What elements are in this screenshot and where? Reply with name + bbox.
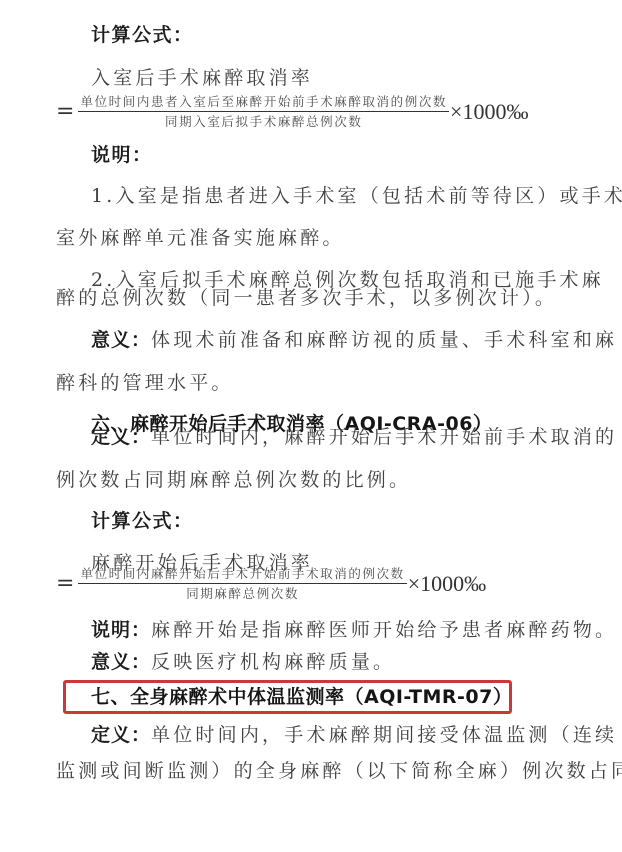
note-2-line-2: 醉的总例次数（同一患者多次手术，以多例次计）。 (56, 287, 557, 309)
formula-label: 计算公式： (91, 24, 194, 46)
section-6-definition-line-2: 例次数占同期麻醉总例次数的比例。 (56, 469, 411, 491)
formula-equation: = 单位时间内患者入室后至麻醉开始前手术麻醉取消的例次数 同期入室后拟手术麻醉总… (56, 94, 528, 129)
fraction-numerator: 单位时间内患者入室后至麻醉开始前手术麻醉取消的例次数 (78, 94, 449, 112)
section-6-formula-equation: = 单位时间内麻醉开始后手术开始前手术取消的例次数 同期麻醉总例次数 ×1000… (56, 566, 486, 601)
fraction: 单位时间内患者入室后至麻醉开始前手术麻醉取消的例次数 同期入室后拟手术麻醉总例次… (78, 94, 449, 129)
notes-label: 说明： (91, 144, 153, 166)
significance-text: 反映医疗机构麻醉质量。 (151, 651, 395, 673)
definition-text: 单位时间内，麻醉开始后手术开始前手术取消的 (151, 426, 617, 448)
significance-label: 意义： (91, 329, 151, 351)
equals-sign: = (56, 99, 74, 124)
section-7-definition-line-2: 监测或间断监测）的全身麻醉（以下简称全麻）例次数占同 (56, 760, 622, 782)
multiplier: ×1000‰ (408, 571, 486, 597)
notes-text: 麻醉开始是指麻醉医师开始给予患者麻醉药物。 (151, 619, 617, 641)
fraction-denominator: 同期入室后拟手术麻醉总例次数 (165, 112, 362, 129)
section-6-formula-label: 计算公式： (91, 510, 194, 532)
fraction-numerator: 单位时间内麻醉开始后手术开始前手术取消的例次数 (78, 566, 406, 584)
definition-label: 定义： (91, 724, 151, 746)
significance-paragraph: 意义：体现术前准备和麻醉访视的质量、手术科室和麻 (91, 329, 617, 351)
fraction: 单位时间内麻醉开始后手术开始前手术取消的例次数 同期麻醉总例次数 (78, 566, 406, 601)
formula-name: 入室后手术麻醉取消率 (91, 67, 313, 89)
fraction-denominator: 同期麻醉总例次数 (186, 584, 299, 601)
section-7-definition: 定义：单位时间内，手术麻醉期间接受体温监测（连续 (91, 724, 617, 746)
section-6-notes: 说明：麻醉开始是指麻醉医师开始给予患者麻醉药物。 (91, 619, 617, 641)
multiplier: ×1000‰ (450, 99, 528, 125)
note-1-line-1: 1.入室是指患者进入手术室（包括术前等待区）或手术 (91, 185, 622, 207)
notes-label: 说明： (91, 619, 151, 641)
significance-line-2: 醉科的管理水平。 (56, 372, 234, 394)
definition-label: 定义： (91, 426, 151, 448)
definition-text: 单位时间内，手术麻醉期间接受体温监测（连续 (151, 724, 617, 746)
note-1-line-2: 室外麻醉单元准备实施麻醉。 (56, 227, 345, 249)
equals-sign: = (56, 571, 74, 596)
section-6-definition: 定义：单位时间内，麻醉开始后手术开始前手术取消的 (91, 426, 617, 448)
section-6-significance: 意义：反映医疗机构麻醉质量。 (91, 651, 395, 673)
section-7-heading: 七、全身麻醉术中体温监测率（AQI-TMR-07） (91, 686, 512, 708)
significance-text: 体现术前准备和麻醉访视的质量、手术科室和麻 (151, 329, 617, 351)
significance-label: 意义： (91, 651, 151, 673)
